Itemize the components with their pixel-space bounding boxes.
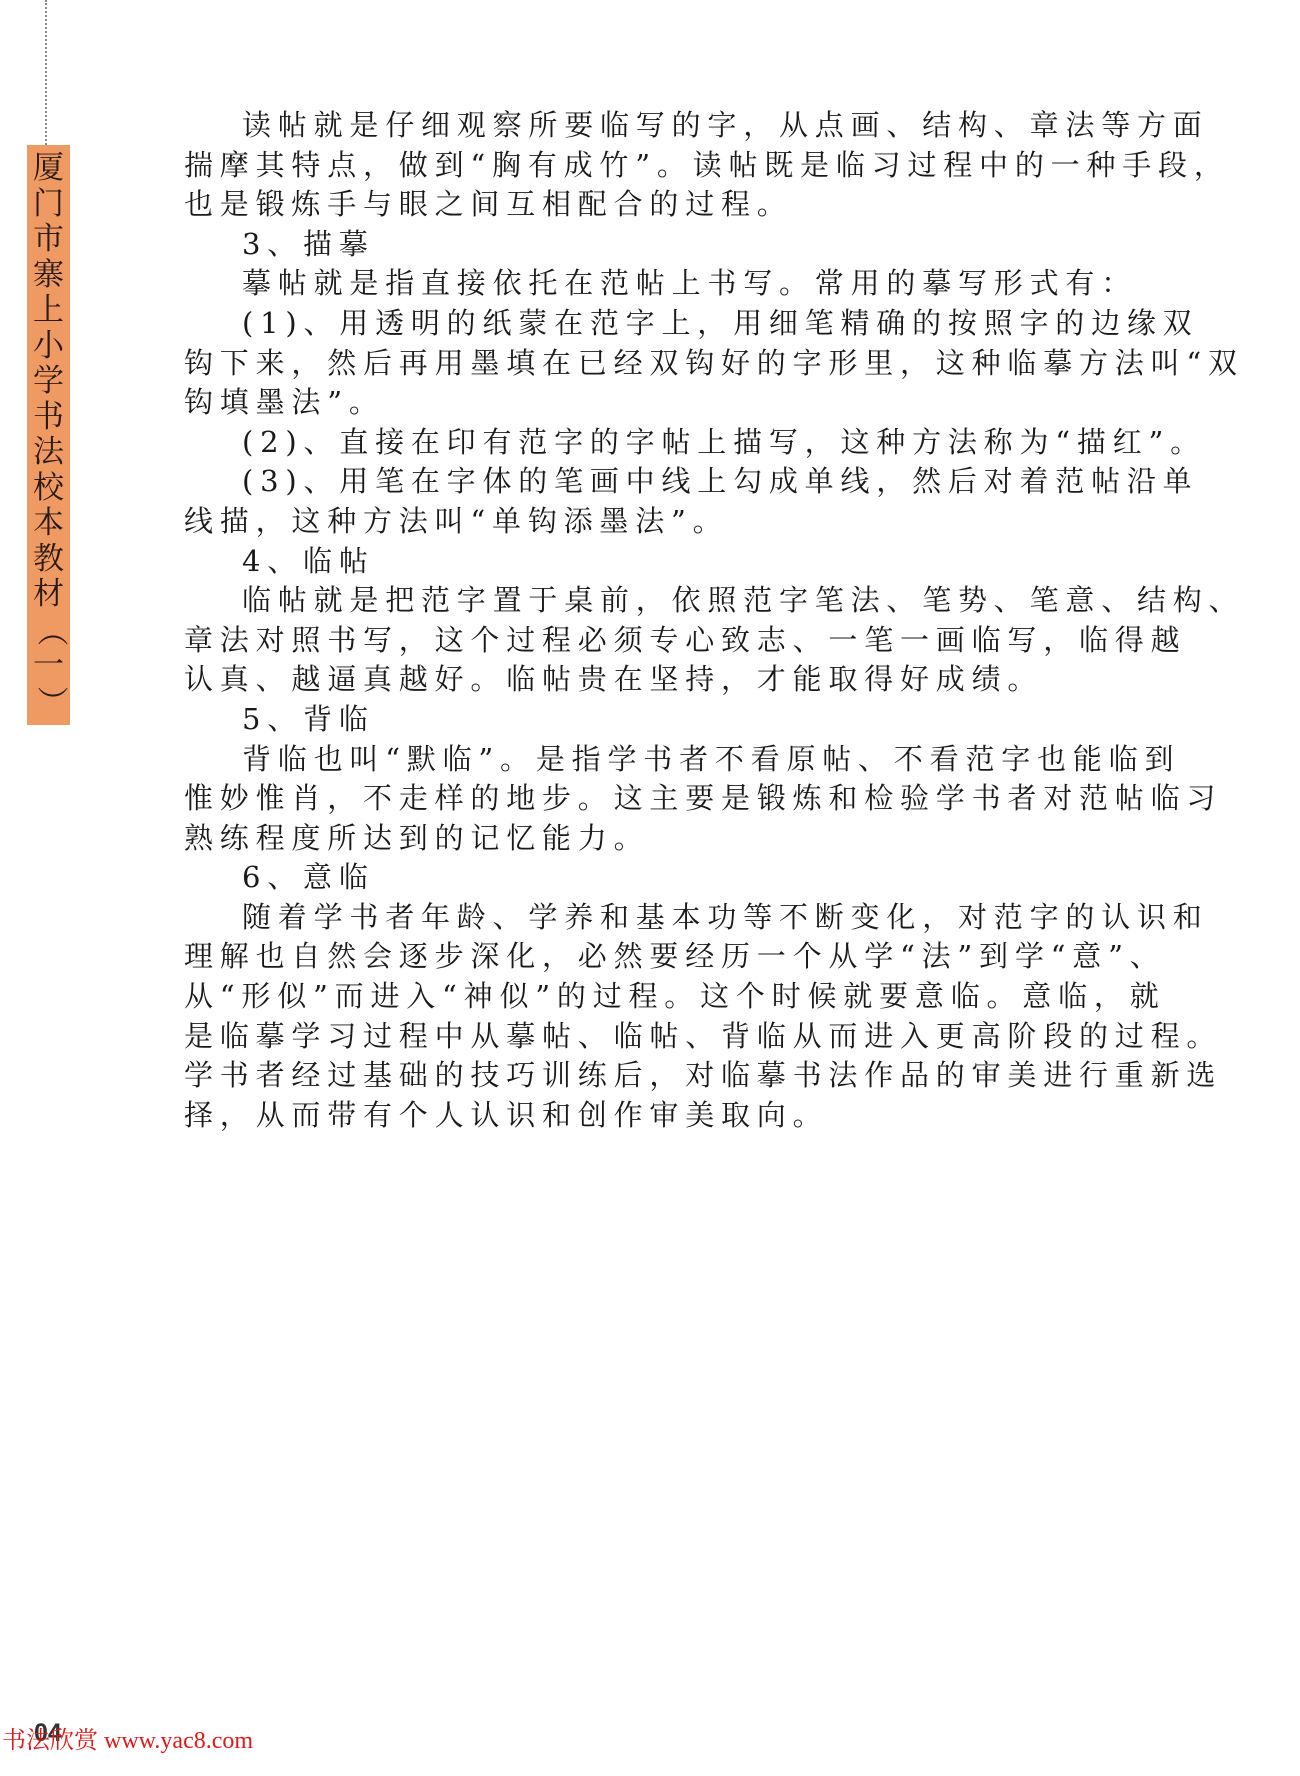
sidebar-title-char: 材 [31, 577, 67, 613]
text-line: 熟练程度所达到的记忆能力。 [184, 819, 1099, 859]
site-watermark: 书法欣赏 www.yac8.com [2, 1720, 253, 1755]
text-line: 随着学书者年龄、学养和基本功等不断变化，对范字的认识和 [184, 898, 1099, 938]
sidebar-title-char: （ [31, 613, 67, 649]
sidebar-title-char: 书 [31, 400, 67, 436]
text-line: 临帖就是把范字置于桌前，依照范字笔法、笔势、笔意、结构、 [184, 581, 1099, 621]
text-line: (3)、用笔在字体的笔画中线上勾成单线，然后对着范帖沿单 [184, 462, 1099, 502]
text-line: 钩下来，然后再用墨填在已经双钩好的字形里，这种临摹方法叫“双 [184, 344, 1099, 384]
text-line: 择，从而带有个人认识和创作审美取向。 [184, 1096, 1099, 1136]
text-line: 5、背临 [184, 700, 1099, 740]
text-line: 读帖就是仔细观察所要临写的字，从点画、结构、章法等方面 [184, 106, 1099, 146]
text-line: 背临也叫“默临”。是指学书者不看原帖、不看范字也能临到 [184, 740, 1099, 780]
sidebar-title-char: 一 [31, 648, 67, 684]
text-line: 4、临帖 [184, 542, 1099, 582]
sidebar-title-char: 本 [31, 506, 67, 542]
sidebar-title-char: 门 [31, 187, 67, 223]
sidebar-title-char: 小 [31, 329, 67, 365]
text-line: 摹帖就是指直接依托在范帖上书写。常用的摹写形式有： [184, 264, 1099, 304]
sidebar-title-char: 校 [31, 471, 67, 507]
text-line: 6、意临 [184, 858, 1099, 898]
sidebar-title-char: 寨 [31, 258, 67, 294]
text-line: 是临摹学习过程中从摹帖、临帖、背临从而进入更高阶段的过程。 [184, 1017, 1099, 1057]
text-line: 揣摩其特点，做到“胸有成竹”。读帖既是临习过程中的一种手段， [184, 146, 1099, 186]
sidebar-title-char: 教 [31, 542, 67, 578]
sidebar-title-char: 上 [31, 293, 67, 329]
book-title-sidebar: 厦门市寨上小学书法校本教材（一） [27, 145, 70, 725]
text-line: (1)、用透明的纸蒙在范字上，用细笔精确的按照字的边缘双 [184, 304, 1099, 344]
text-line: 惟妙惟肖，不走样的地步。这主要是锻炼和检验学书者对范帖临习 [184, 779, 1099, 819]
sidebar-title-char: 法 [31, 435, 67, 471]
text-line: 从“形似”而进入“神似”的过程。这个时候就要意临。意临，就 [184, 977, 1099, 1017]
text-line: 线描，这种方法叫“单钩添墨法”。 [184, 502, 1099, 542]
text-line: 3、描摹 [184, 225, 1099, 265]
text-line: 章法对照书写，这个过程必须专心致志、一笔一画临写，临得越 [184, 621, 1099, 661]
text-line: 学书者经过基础的技巧训练后，对临摹书法作品的审美进行重新选 [184, 1056, 1099, 1096]
text-line: 钩填墨法”。 [184, 383, 1099, 423]
text-line: (2)、直接在印有范字的字帖上描写，这种方法称为“描红”。 [184, 423, 1099, 463]
sidebar-title-char: 厦 [31, 151, 67, 187]
sidebar-title-char: ） [31, 684, 67, 720]
text-line: 理解也自然会逐步深化，必然要经历一个从学“法”到学“意”、 [184, 937, 1099, 977]
body-text: 读帖就是仔细观察所要临写的字，从点画、结构、章法等方面揣摩其特点，做到“胸有成竹… [184, 106, 1099, 1135]
text-line: 也是锻炼手与眼之间互相配合的过程。 [184, 185, 1099, 225]
margin-dotted-line [45, 0, 47, 145]
text-line: 认真、越逼真越好。临帖贵在坚持，才能取得好成绩。 [184, 660, 1099, 700]
sidebar-title-char: 市 [31, 222, 67, 258]
sidebar-title-char: 学 [31, 364, 67, 400]
